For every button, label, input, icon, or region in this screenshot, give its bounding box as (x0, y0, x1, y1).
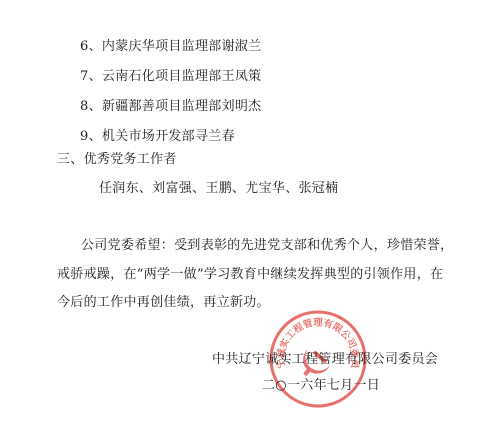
list-item-7: 7、云南石化项目监理部王凤策 (80, 69, 261, 85)
signature-date: 二○一六年七月一日 (262, 378, 380, 394)
signature-organization: 中共辽宁诚实工程管理有限公司委员会 (212, 352, 438, 368)
paragraph-line-3: 今后的工作中再创佳绩，再立新功。 (57, 295, 270, 311)
party-workers-names: 任润东、刘富强、王鹏、尤宝华、张冠楠 (99, 181, 338, 197)
paragraph-line-2: 戒骄戒躁，在“两学一做”学习教育中继续发挥典型的引领作用，在 (57, 267, 443, 283)
list-item-6: 6、内蒙庆华项目监理部谢淑兰 (80, 39, 261, 55)
list-item-8: 8、新疆鄯善项目监理部刘明杰 (80, 99, 261, 115)
list-item-number: 7、 (80, 69, 102, 84)
list-item-text: 机关市场开发部寻兰春 (102, 129, 235, 144)
section-heading: 三、优秀党务工作者 (57, 152, 177, 168)
list-item-number: 6、 (80, 39, 102, 54)
paragraph-line-1: 公司党委希望：受到表彰的先进党支部和优秀个人，珍惜荣誉， (81, 238, 453, 254)
list-item-text: 新疆鄯善项目监理部刘明杰 (102, 99, 262, 114)
list-item-text: 云南石化项目监理部王凤策 (102, 69, 262, 84)
list-item-text: 内蒙庆华项目监理部谢淑兰 (102, 39, 262, 54)
list-item-9: 9、机关市场开发部寻兰春 (80, 129, 235, 145)
list-item-number: 8、 (80, 99, 102, 114)
list-item-number: 9、 (80, 129, 102, 144)
